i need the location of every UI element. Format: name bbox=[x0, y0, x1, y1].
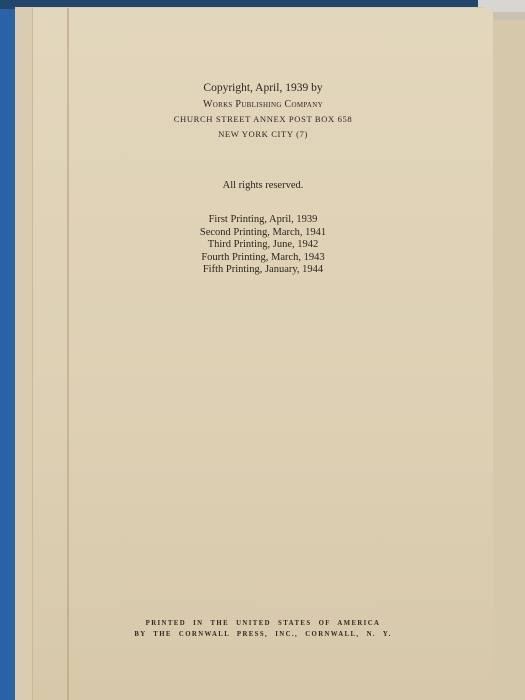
printer-imprint: printed in the united states of america … bbox=[33, 618, 493, 640]
printing-line: Fourth Printing, March, 1943 bbox=[33, 252, 493, 265]
copyright-page: Copyright, April, 1939 by Works Publishi… bbox=[33, 8, 493, 700]
facing-page-edge bbox=[490, 20, 525, 700]
printer-line-2: by the cornwall press, inc., cornwall, n… bbox=[33, 629, 493, 640]
rights-reserved: All rights reserved. bbox=[33, 180, 493, 191]
printing-line: Fifth Printing, January, 1944 bbox=[33, 264, 493, 277]
printing-line: Third Printing, June, 1942 bbox=[33, 239, 493, 252]
printer-line-1: printed in the united states of america bbox=[33, 618, 493, 629]
printing-line: First Printing, April, 1939 bbox=[33, 214, 493, 227]
publisher-address: church street annex post box 658 bbox=[33, 112, 493, 127]
printing-line: Second Printing, March, 1941 bbox=[33, 227, 493, 240]
publisher-city: new york city (7) bbox=[33, 127, 493, 142]
copyright-block: Copyright, April, 1939 by Works Publishi… bbox=[33, 80, 493, 142]
printing-history: First Printing, April, 1939 Second Print… bbox=[33, 214, 493, 277]
publisher-name: Works Publishing Company bbox=[33, 97, 493, 112]
copyright-line: Copyright, April, 1939 by bbox=[33, 80, 493, 97]
